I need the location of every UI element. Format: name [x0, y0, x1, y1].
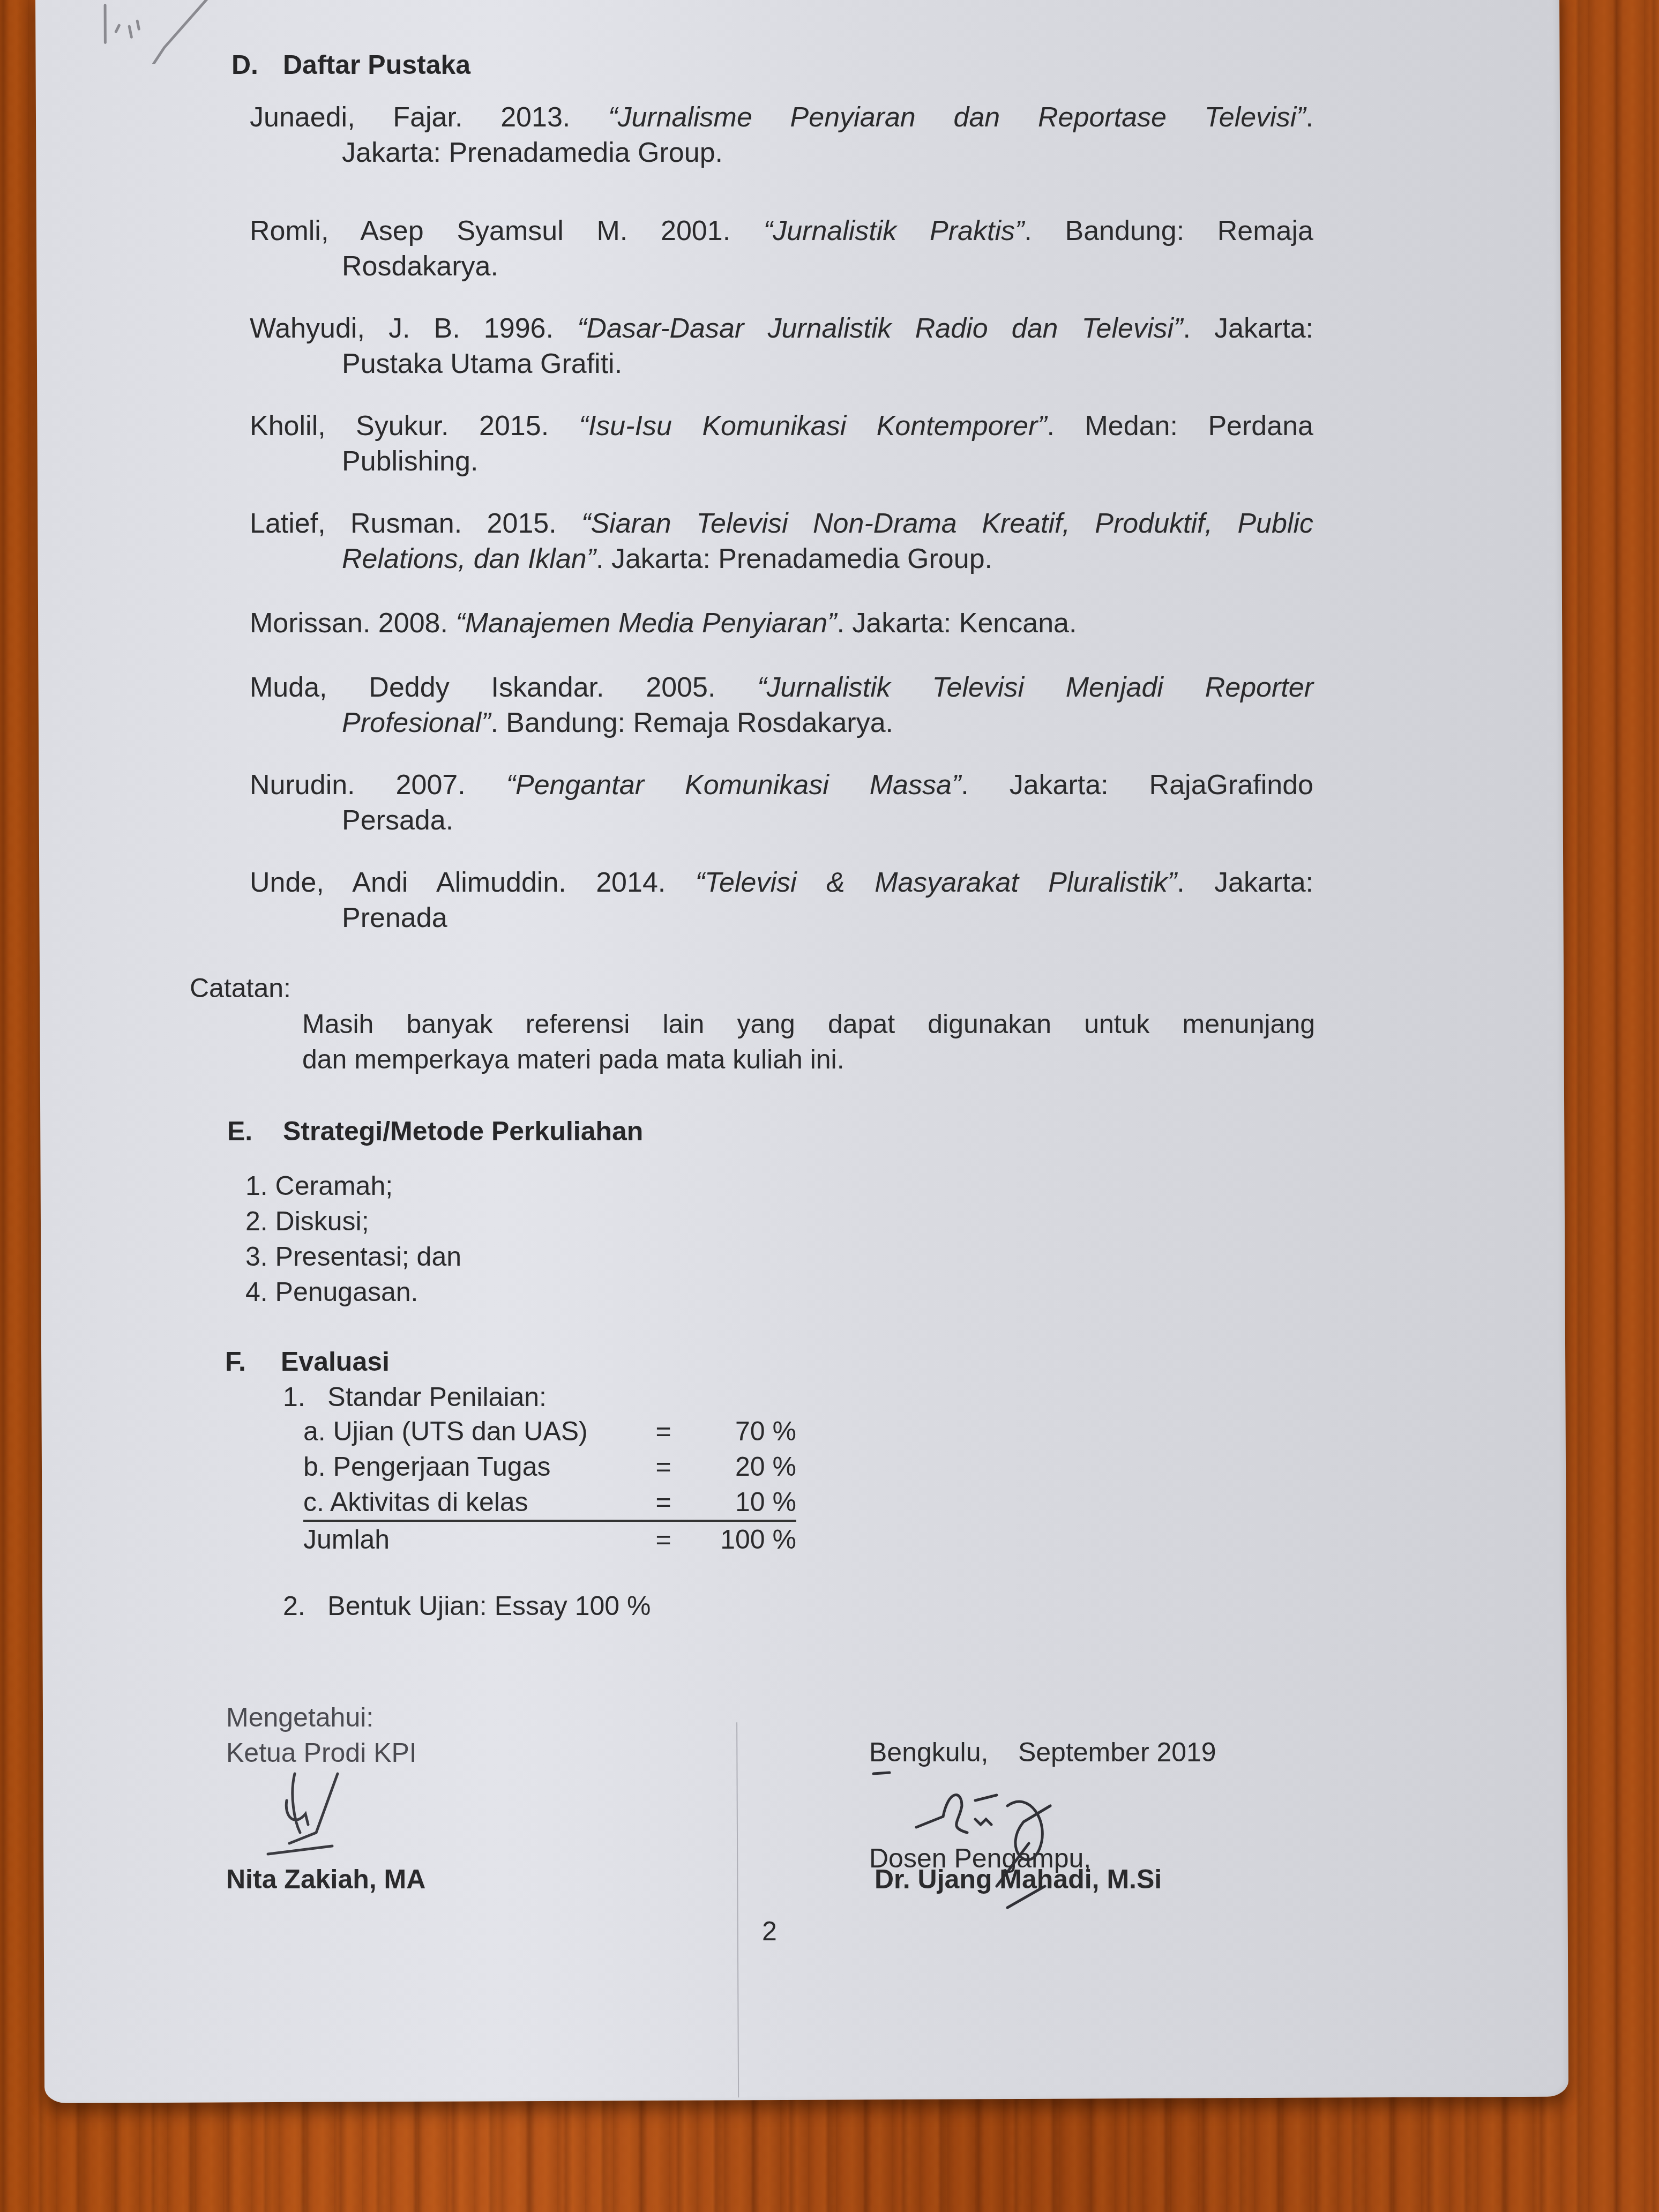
- reference-entry: Kholil, Syukur. 2015. “Isu-Isu Komunikas…: [250, 408, 1313, 479]
- reference-title: “Siaran Televisi Non-Drama Kreatif, Prod…: [581, 508, 1313, 539]
- exam-format: 2. Bentuk Ujian: Essay 100 %: [283, 1588, 651, 1624]
- reference-publisher: . Jakarta:: [1177, 867, 1313, 898]
- grading-total-row: Jumlah = 100 %: [303, 1522, 796, 1557]
- reference-publisher: . Medan: Perdana: [1047, 410, 1313, 442]
- note-body: Masih banyak referensi lain yang dapat d…: [302, 1006, 1315, 1077]
- grading-row: a. Ujian (UTS dan UAS) = 70 %: [303, 1414, 796, 1449]
- grading-standard-label: 1. Standar Penilaian:: [283, 1379, 547, 1415]
- reference-author-year: Romli, Asep Syamsul M. 2001.: [250, 215, 764, 246]
- section-e-letter: E.: [227, 1116, 283, 1147]
- reference-publisher-cont: Rosdakarya.: [342, 251, 498, 282]
- reference-title: “Manajemen Media Penyiaran”: [455, 608, 836, 639]
- section-d-heading: D.Daftar Pustaka: [231, 49, 470, 80]
- section-d-letter: D.: [231, 49, 283, 80]
- reference-author-year: Kholil, Syukur. 2015.: [250, 410, 579, 442]
- reference-title: “Televisi & Masyarakat Pluralistik”: [696, 867, 1177, 898]
- reference-publisher-cont: Prenada: [342, 902, 447, 933]
- reference-publisher: . Bandung: Remaja: [1024, 215, 1313, 246]
- reference-author-year: Wahyudi, J. B. 1996.: [250, 313, 577, 344]
- reference-publisher-cont: . Bandung: Remaja Rosdakarya.: [490, 707, 893, 738]
- reference-entry: Muda, Deddy Iskandar. 2005. “Jurnalistik…: [250, 670, 1313, 741]
- grading-row: c. Aktivitas di kelas = 10 %: [303, 1484, 796, 1522]
- note-line-1: Masih banyak referensi lain yang dapat d…: [302, 1006, 1315, 1042]
- grading-label: Jumlah: [303, 1522, 646, 1557]
- reference-entry: Unde, Andi Alimuddin. 2014. “Televisi & …: [250, 865, 1313, 936]
- grading-table: a. Ujian (UTS dan UAS) = 70 % b. Pengerj…: [303, 1414, 796, 1557]
- method-list: 1. Ceramah; 2. Diskusi; 3. Presentasi; d…: [245, 1168, 461, 1310]
- reference-entry: Wahyudi, J. B. 1996. “Dasar-Dasar Jurnal…: [250, 311, 1313, 382]
- acknowledged-label: Mengetahui:: [226, 1700, 417, 1735]
- signer-name-left: Nita Zakiah, MA: [226, 1864, 425, 1895]
- signer-name-right: Dr. Ujang Mahadi, M.Si: [875, 1864, 1162, 1895]
- grading-value: 20 %: [681, 1449, 796, 1484]
- section-e-heading: E.Strategi/Metode Perkuliahan: [227, 1116, 643, 1147]
- document-content: D.Daftar Pustaka Junaedi, Fajar. 2013. “…: [0, 0, 1659, 2212]
- reference-title: “Isu-Isu Komunikasi Kontemporer”: [579, 410, 1047, 442]
- reference-title: “Jurnalistik Televisi Menjadi Reporter: [757, 672, 1313, 703]
- reference-publisher: .: [1306, 102, 1313, 133]
- reference-publisher-cont: Pustaka Utama Grafiti.: [342, 348, 622, 379]
- method-item: 2. Diskusi;: [245, 1204, 461, 1239]
- grading-value: 70 %: [681, 1414, 796, 1449]
- left-signature-block: Mengetahui: Ketua Prodi KPI: [226, 1700, 417, 1770]
- reference-entry: Latief, Rusman. 2015. “Siaran Televisi N…: [250, 506, 1313, 577]
- grading-value: 100 %: [681, 1522, 796, 1557]
- reference-entry: Junaedi, Fajar. 2013. “Jurnalisme Penyia…: [250, 100, 1313, 170]
- reference-title: “Jurnalisme Penyiaran dan Reportase Tele…: [608, 102, 1305, 133]
- section-d-title: Daftar Pustaka: [283, 50, 470, 80]
- reference-title: “Jurnalistik Praktis”: [764, 215, 1024, 246]
- reference-entry: Romli, Asep Syamsul M. 2001. “Jurnalisti…: [250, 213, 1313, 284]
- section-f-letter: F.: [225, 1346, 281, 1377]
- reference-publisher: . Jakarta: RajaGrafindo: [961, 769, 1313, 801]
- grading-label: c. Aktivitas di kelas: [303, 1484, 646, 1520]
- reference-author-year: Morissan. 2008.: [250, 608, 455, 639]
- note-line-2: dan memperkaya materi pada mata kuliah i…: [302, 1044, 845, 1074]
- page-number: 2: [762, 1916, 777, 1947]
- reference-author-year: Latief, Rusman. 2015.: [250, 508, 581, 539]
- reference-title: “Dasar-Dasar Jurnalistik Radio dan Telev…: [577, 313, 1183, 344]
- reference-publisher-cont: . Jakarta: Prenadamedia Group.: [596, 543, 992, 574]
- method-item: 1. Ceramah;: [245, 1168, 461, 1204]
- reference-title-cont: Profesional”: [342, 707, 490, 738]
- section-f-heading: F.Evaluasi: [225, 1346, 390, 1377]
- reference-publisher: . Jakarta: Kencana.: [836, 608, 1077, 639]
- reference-entry: Nurudin. 2007. “Pengantar Komunikasi Mas…: [250, 767, 1313, 838]
- section-e-title: Strategi/Metode Perkuliahan: [283, 1116, 643, 1146]
- reference-publisher: . Jakarta:: [1183, 313, 1313, 344]
- reference-title: “Pengantar Komunikasi Massa”: [506, 769, 961, 801]
- reference-publisher-cont: Publishing.: [342, 446, 478, 477]
- grading-label: a. Ujian (UTS dan UAS): [303, 1414, 646, 1449]
- reference-author-year: Nurudin. 2007.: [250, 769, 506, 801]
- method-item: 3. Presentasi; dan: [245, 1239, 461, 1274]
- reference-author-year: Junaedi, Fajar. 2013.: [250, 102, 608, 133]
- reference-publisher-cont: Jakarta: Prenadamedia Group.: [342, 137, 723, 168]
- reference-author-year: Muda, Deddy Iskandar. 2005.: [250, 672, 757, 703]
- grading-label: b. Pengerjaan Tugas: [303, 1449, 646, 1484]
- reference-title-cont: Relations, dan Iklan”: [342, 543, 596, 574]
- grading-row: b. Pengerjaan Tugas = 20 %: [303, 1449, 796, 1484]
- reference-entry: Morissan. 2008. “Manajemen Media Penyiar…: [250, 606, 1313, 641]
- section-f-title: Evaluasi: [281, 1347, 390, 1377]
- reference-publisher-cont: Persada.: [342, 805, 453, 836]
- signature-left-icon: [257, 1763, 407, 1859]
- method-item: 4. Penugasan.: [245, 1274, 461, 1310]
- grading-value: 10 %: [681, 1484, 796, 1520]
- reference-author-year: Unde, Andi Alimuddin. 2014.: [250, 867, 696, 898]
- note-label: Catatan:: [190, 973, 291, 1004]
